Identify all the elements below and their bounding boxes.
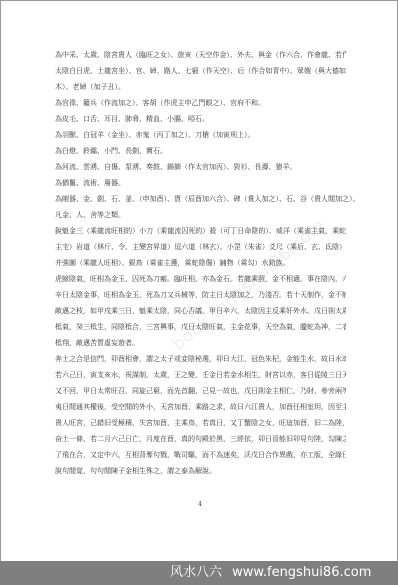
text-line: 為官祿、籠兵（作流加之）、客胡（作虎主申乙門眼之）、官府不和。: [55, 95, 265, 111]
text-line: 說句閒覚，句句閒陳子金相生殊之，謂之泰為解說。: [55, 463, 216, 479]
text-line: 奔土之合是信門，卯酉相會，謂之太子或妾陰秘選，卯曰大江，冠色朱杞，金能生水，故曰…: [55, 351, 346, 367]
text-line: 夷日閒通其權後，受空閒的外小，天宮加酉，乘路之求，故曰六江貴人，加酉任相室玥，因…: [55, 399, 346, 415]
text-line: 為白燈、鈴鐺、小門、長劍、寶石。: [55, 143, 167, 159]
text-line: 為中采、太歲、陰宮貴人（臨旺之女）、旅亥（天空作金）、外夫、與金（作六合、作會龍…: [55, 47, 346, 63]
text-line: 為羽獸、白冠羊（金坐）、赤鬼（丙丁加之）、刀槍（加寅刑上）。: [55, 127, 255, 143]
text-line: 虎臉陰氣，旺相為金玉，囚死為刀瘢。臨旺相，亦為金石。若龍乘照，金不相適。事在陰內…: [55, 271, 346, 287]
text-line: 辛日太陰金事，旺相為金玉，死為刀又兵械等，防主日太陰加之，乃淺否。若十天制作，金…: [55, 287, 346, 303]
text-line: 若六己日，寅支亥水，祝謀制，太歲，王之變，壬金日若金水相生，財宮以赤，客日從陵三…: [55, 367, 346, 383]
text-line: 柢翔，敵邁苦質虛妄遊者。: [55, 335, 139, 351]
text-line: 太陰白日虎、土龍宮坐）、官、婦、路人、七竅（作天空）、后（作合如青中）、眾嫂（與…: [55, 63, 346, 79]
page-number: 4: [198, 501, 202, 508]
text-line: 木）、老婦（加子丑）。: [55, 79, 125, 95]
text-line: 又不回，甲日太常旺召，同旋己窮，而先首翻，己見一故也，戊日則金主相仁，乃財，參旁…: [55, 383, 346, 399]
text-line: 為河流、雲湧、自傷、泵湧、奏鼓、錫篩（作太官加丙）、毀衫、長壽、猿羊。: [55, 159, 297, 175]
text-line: 為皮毛、口舌、耳目、肺脅、精血、小腸、啞石。: [55, 111, 209, 127]
footer-url: www.fengshui86.com: [232, 565, 371, 580]
scanned-page: 為中采、太歲、陰宮貴人（臨旺之女）、旅亥（天空作金）、外夫、與金（作六合、作會龍…: [0, 0, 398, 561]
text-line: 為猶鬣、流術、廢器。: [55, 175, 125, 191]
footer-site-name: 风水八六: [170, 565, 222, 580]
footer-banner: 风水八六 www.fengshui86.com: [0, 561, 398, 585]
text-line: 了飛在合，又定中六，互相背奪句戮，戰司驅，而不為速矣，沃戊日合作異戲，亦工版，全…: [55, 447, 346, 463]
text-line: 為剛器、金、劍、石、釜、（申加酉）、貨（辰酉加六合）、碑（貴人加之）、石、谷（貴…: [55, 191, 360, 207]
text-line: 奋土一條，若二月六己日亡，月度在酉，真的句殿於黑，三經依，卯日晉能旧卯見句陸，勾…: [55, 431, 346, 447]
text-line: 貴人旺宮，己錯旧受極積，失宮加酉，主乘鳥，若真日，又丁蟹陰之女，旺這加酉，旧二為…: [55, 415, 346, 431]
text-line: 凡金、人、舍等之類。: [55, 207, 125, 223]
footer-link[interactable]: 风水八六 www.fengshui86.com: [170, 565, 371, 581]
